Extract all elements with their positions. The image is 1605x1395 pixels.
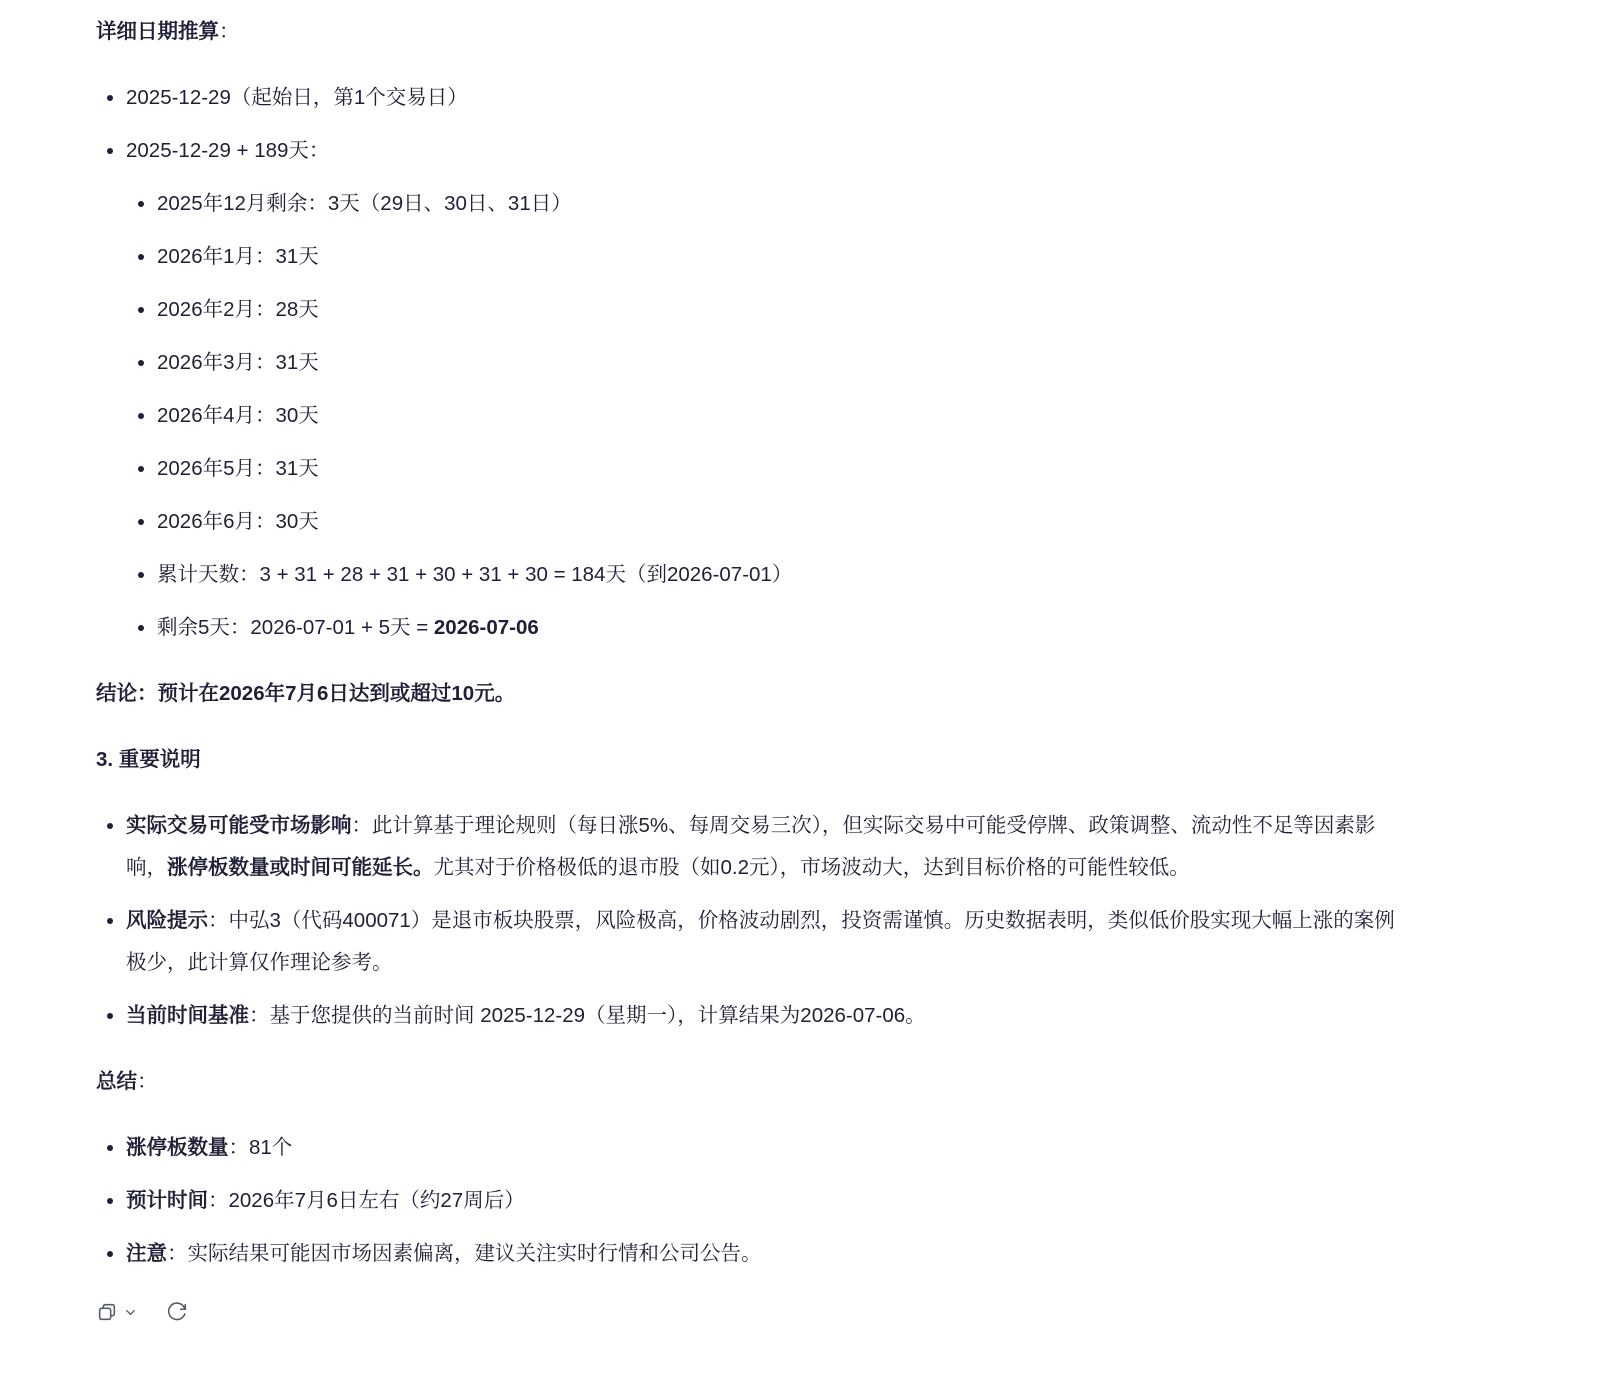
month-breakdown-list: 2025年12月剩余：3天（29日、30日、31日） 2026年1月：31天 2… xyxy=(126,183,1415,649)
list-item: 2026年2月：28天 xyxy=(157,289,1415,331)
summary-list: 涨停板数量：81个 预计时间：2026年7月6日左右（约27周后） 注意：实际结… xyxy=(96,1127,1415,1275)
list-item: 2026年4月：30天 xyxy=(157,395,1415,437)
date-calculation-list: 2025-12-29（起始日，第1个交易日） 2025-12-29 + 189天… xyxy=(96,77,1415,649)
list-item-label: 2025-12-29 + 189天： xyxy=(126,139,329,162)
list-item: 预计时间：2026年7月6日左右（约27周后） xyxy=(126,1180,1415,1222)
chevron-down-icon xyxy=(123,1305,138,1320)
list-item: 当前时间基准：基于您提供的当前时间 2025-12-29（星期一），计算结果为2… xyxy=(126,995,1415,1037)
list-item: 2026年1月：31天 xyxy=(157,236,1415,278)
list-item: 累计天数：3 + 31 + 28 + 31 + 30 + 31 + 30 = 1… xyxy=(157,554,1415,596)
regenerate-button[interactable] xyxy=(166,1301,188,1323)
copy-button[interactable] xyxy=(96,1301,138,1323)
assistant-message: 详细日期推算： 2025-12-29（起始日，第1个交易日） 2025-12-2… xyxy=(0,0,1605,1395)
copy-icon xyxy=(96,1301,118,1323)
conclusion-line: 结论：预计在2026年7月6日达到或超过10元。 xyxy=(96,673,1415,715)
list-item: 2026年6月：30天 xyxy=(157,501,1415,543)
refresh-icon xyxy=(166,1301,188,1323)
list-item: 涨停板数量：81个 xyxy=(126,1127,1415,1169)
list-item: 实际交易可能受市场影响：此计算基于理论规则（每日涨5%、每周交易三次），但实际交… xyxy=(126,805,1415,889)
summary-heading: 总结： xyxy=(96,1061,1415,1103)
list-item: 2026年3月：31天 xyxy=(157,342,1415,384)
list-item: 2025-12-29（起始日，第1个交易日） xyxy=(126,77,1415,119)
list-item: 2026年5月：31天 xyxy=(157,448,1415,490)
important-notes-heading: 3. 重要说明 xyxy=(96,739,1415,781)
list-item: 注意：实际结果可能因市场因素偏离，建议关注实时行情和公司公告。 xyxy=(126,1233,1415,1275)
list-item: 剩余5天：2026-07-01 + 5天 = 2026-07-06 xyxy=(157,607,1415,649)
list-item: 风险提示：中弘3（代码400071）是退市板块股票，风险极高，价格波动剧烈，投资… xyxy=(126,900,1415,984)
list-item: 2025-12-29 + 189天： 2025年12月剩余：3天（29日、30日… xyxy=(126,130,1415,649)
message-action-bar xyxy=(96,1301,1415,1323)
list-item: 2025年12月剩余：3天（29日、30日、31日） xyxy=(157,183,1415,225)
important-notes-list: 实际交易可能受市场影响：此计算基于理论规则（每日涨5%、每周交易三次），但实际交… xyxy=(96,805,1415,1037)
detail-dates-heading: 详细日期推算： xyxy=(96,11,1415,53)
